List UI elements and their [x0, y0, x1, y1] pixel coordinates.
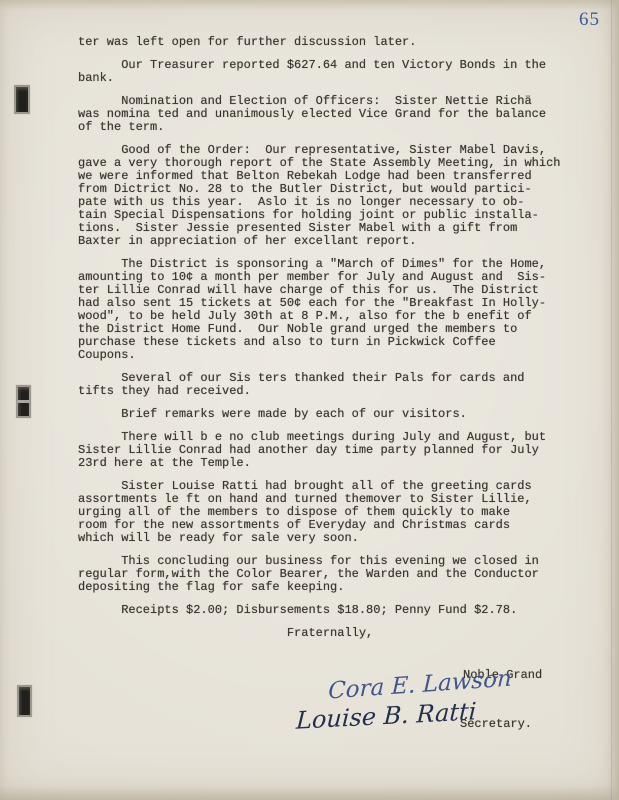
- text-line: Receipts $2.00; Disbursements $18.80; Pe…: [78, 604, 583, 617]
- paragraph: Good of the Order: Our representative, S…: [78, 144, 583, 248]
- minutes-body-text: ter was left open for further discussion…: [78, 36, 583, 650]
- signature-noble-grand: Cora E. Lawson: [328, 666, 512, 705]
- binding-hole-icon: [16, 385, 31, 418]
- paragraph: The District is sponsoring a "March of D…: [78, 258, 583, 362]
- paragraph: Our Treasurer reported $627.64 and ten V…: [78, 59, 583, 85]
- secretary-title-label: Secretary.: [460, 717, 532, 731]
- text-line: depositing the flag for safe keeping.: [78, 581, 583, 594]
- text-line: of the term.: [78, 121, 583, 134]
- text-line: which will be ready for sale very soon.: [78, 532, 583, 545]
- text-line: 23rd here at the Temple.: [78, 457, 583, 470]
- binding-hole-icon: [17, 685, 32, 717]
- paragraph: There will b e no club meetings during J…: [78, 431, 583, 470]
- paper-edge-line: [611, 0, 612, 800]
- text-line: bank.: [78, 72, 583, 85]
- text-line: Baxter in appreciation of her excellant …: [78, 235, 583, 248]
- paragraph: ter was left open for further discussion…: [78, 36, 583, 49]
- paragraph: Several of our Sis ters thanked their Pa…: [78, 372, 583, 398]
- paragraph: This concluding our business for this ev…: [78, 555, 583, 594]
- text-line: Brief remarks were made by each of our v…: [78, 408, 583, 421]
- paragraph: Brief remarks were made by each of our v…: [78, 408, 583, 421]
- paragraph: Nomination and Election of Officers: Sis…: [78, 95, 583, 134]
- paragraph: Sister Louise Ratti had brought all of t…: [78, 480, 583, 545]
- text-line: Fraternally,: [78, 627, 583, 640]
- paragraph: Fraternally,: [78, 627, 583, 640]
- page-number: 65: [579, 9, 600, 31]
- text-line: tifts they had received.: [78, 385, 583, 398]
- text-line: Our Treasurer reported $627.64 and ten V…: [78, 59, 583, 72]
- signature-secretary: Louise B. Ratti: [295, 697, 477, 735]
- binding-hole-icon: [14, 85, 30, 114]
- text-line: ter was left open for further discussion…: [78, 36, 583, 49]
- text-line: purchase these tickets and also to turn …: [78, 336, 583, 349]
- text-line: Coupons.: [78, 349, 583, 362]
- paragraph: Receipts $2.00; Disbursements $18.80; Pe…: [78, 604, 583, 617]
- scanned-minutes-page: 65 ter was left open for further discuss…: [0, 0, 619, 800]
